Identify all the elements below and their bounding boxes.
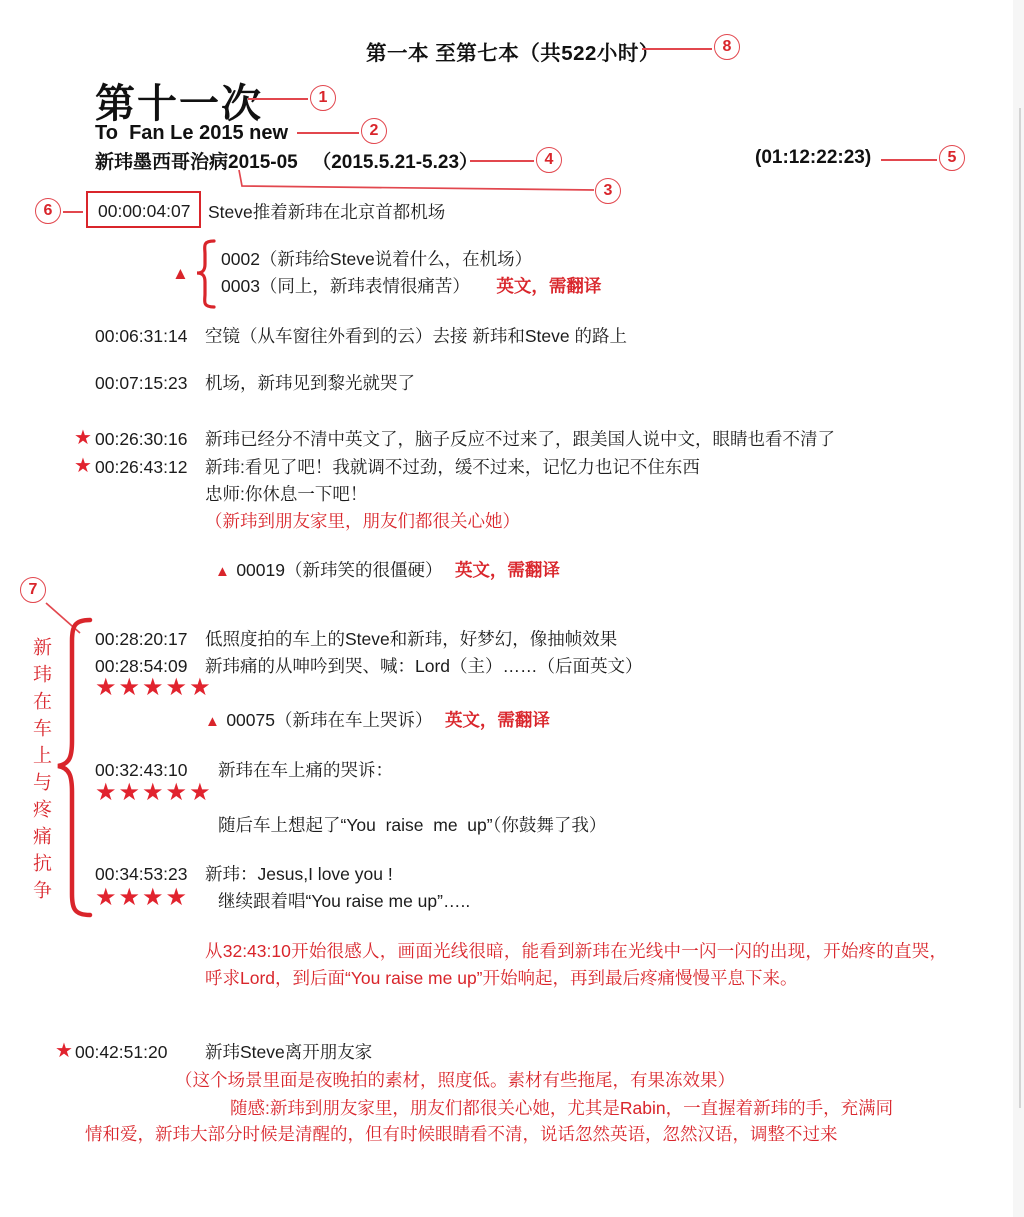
callout-4-line (470, 160, 534, 162)
clip-label: 0003（同上，新玮表情很痛苦） (221, 276, 470, 296)
entry-description: 新玮痛的从呻吟到哭、喊：Lord（主）……（后面英文） (205, 654, 643, 678)
entry-description: 新玮Steve离开朋友家 (205, 1040, 372, 1064)
star-icon: ★ (74, 426, 92, 450)
dialogue-continuation: 忠师:你休息一下吧！ (205, 482, 367, 506)
timecode: 00:28:20:17 (95, 627, 187, 651)
callout-8-line (642, 48, 712, 50)
total-duration: (01:12:22:23) (755, 147, 871, 169)
callout-7: 7 (20, 577, 46, 603)
clip-label: 00019（新玮笑的很僵硬） (236, 560, 442, 580)
document-page: 第一本 至第七本（共522小时） 8 第十一次 1 To Fan Le 2015… (0, 0, 1024, 1217)
entry-description: 新玮已经分不清中英文了，脑子反应不过来了，跟美国人说中文，眼睛也看不清了 (205, 427, 835, 451)
commentary-paragraph: 从32:43:10开始很感人，画面光线很暗，能看到新玮在光线中一闪一闪的出现，开… (205, 938, 947, 992)
callout-5: 5 (939, 145, 965, 171)
triangle-icon: ▲ (205, 713, 220, 730)
callout-5-line (881, 159, 937, 161)
five-star-rating: ★★★★★ (95, 781, 213, 805)
entry-description: Steve推着新玮在北京首都机场 (208, 200, 445, 224)
four-star-rating: ★★★★ (95, 886, 189, 910)
triangle-icon: ▲ (215, 563, 230, 580)
page-title: 第十一次 (95, 72, 263, 129)
annotation-overlay (0, 0, 1024, 1217)
timecode: 00:07:15:23 (95, 371, 187, 395)
star-icon: ★ (74, 454, 92, 478)
timecode: 00:00:04:07 (98, 199, 190, 223)
project-name: 新玮墨西哥治病2015-05 (95, 152, 298, 173)
callout-4: 4 (536, 147, 562, 173)
entry-description: 低照度拍的车上的Steve和新玮，好梦幻，像抽帧效果 (205, 627, 617, 651)
translation-note: 英文，需翻译 (455, 560, 560, 580)
five-star-rating: ★★★★★ (95, 676, 213, 700)
callout-1-line (248, 98, 308, 100)
triangle-icon: ▲ (172, 262, 189, 286)
page-edge-line (1019, 108, 1021, 1108)
clip-line: 0003（同上，新玮表情很痛苦） 英文，需翻译 (221, 274, 601, 298)
callout-8: 8 (714, 34, 740, 60)
clip-line: 0002（新玮给Steve说着什么，在机场） (221, 247, 532, 271)
clip-line: ▲ 00019（新玮笑的很僵硬） 英文，需翻译 (215, 558, 560, 584)
entry-description: 新玮:看见了吧！我就调不过劲，缓不过来，记忆力也记不住东西 (205, 455, 700, 479)
callout-2-line (297, 132, 359, 134)
timecode: 00:42:51:20 (75, 1040, 167, 1064)
impression-note: 随感:新玮到朋友家里，朋友们都很关心她，尤其是Rabin，一直握着新玮的手，充满… (230, 1096, 893, 1120)
clip-label: 00075（新玮在车上哭诉） (226, 710, 432, 730)
star-icon: ★ (55, 1039, 73, 1063)
entry-description: 新玮：Jesus,I love you ! (205, 862, 393, 886)
entry-description: 机场，新玮见到黎光就哭了 (205, 371, 415, 395)
callout-1: 1 (310, 85, 336, 111)
callout-6: 6 (35, 198, 61, 224)
recipient-subtitle: To Fan Le 2015 new (95, 122, 288, 145)
song-note: 继续跟着唱“You raise me up”….. (218, 889, 470, 913)
timecode: 00:34:53:23 (95, 862, 187, 886)
reel-range-header: 第一本 至第七本（共522小时） (366, 36, 660, 66)
timecode: 00:06:31:14 (95, 324, 187, 348)
project-line: 新玮墨西哥治病2015-05 （2015.5.21-5.23） (95, 147, 478, 174)
impression-note: 情和爱，新玮大部分时候是清醒的，但有时候眼睛看不清，说话忽然英语，忽然汉语，调整… (85, 1122, 838, 1146)
scene-note: （这个场景里面是夜晚拍的素材，照度低。素材有些拖尾，有果冻效果） (175, 1068, 735, 1092)
entry-description: 空镜（从车窗往外看到的云）去接 新玮和Steve 的路上 (205, 324, 627, 348)
callout-6-dash (63, 211, 83, 213)
timecode: 00:26:43:12 (95, 455, 187, 479)
translation-note: 英文，需翻译 (445, 710, 550, 730)
scene-note: （新玮到朋友家里，朋友们都很关心她） (205, 509, 520, 533)
song-note: 随后车上想起了“You raise me up”（你鼓舞了我） (218, 813, 606, 837)
date-range: （2015.5.21-5.23） (312, 152, 478, 173)
clip-line: ▲ 00075（新玮在车上哭诉） 英文，需翻译 (205, 708, 550, 734)
section-vertical-label: 新玮在车上与疼痛抗争 (27, 637, 54, 917)
timecode: 00:26:30:16 (95, 427, 187, 451)
callout-2: 2 (361, 118, 387, 144)
callout-7-connector-line (46, 603, 80, 633)
callout-3: 3 (595, 178, 621, 204)
clip-group-brace (197, 241, 214, 307)
entry-description: 新玮在车上痛的哭诉： (218, 758, 393, 782)
translation-note: 英文，需翻译 (496, 276, 601, 296)
car-section-brace (58, 620, 90, 915)
